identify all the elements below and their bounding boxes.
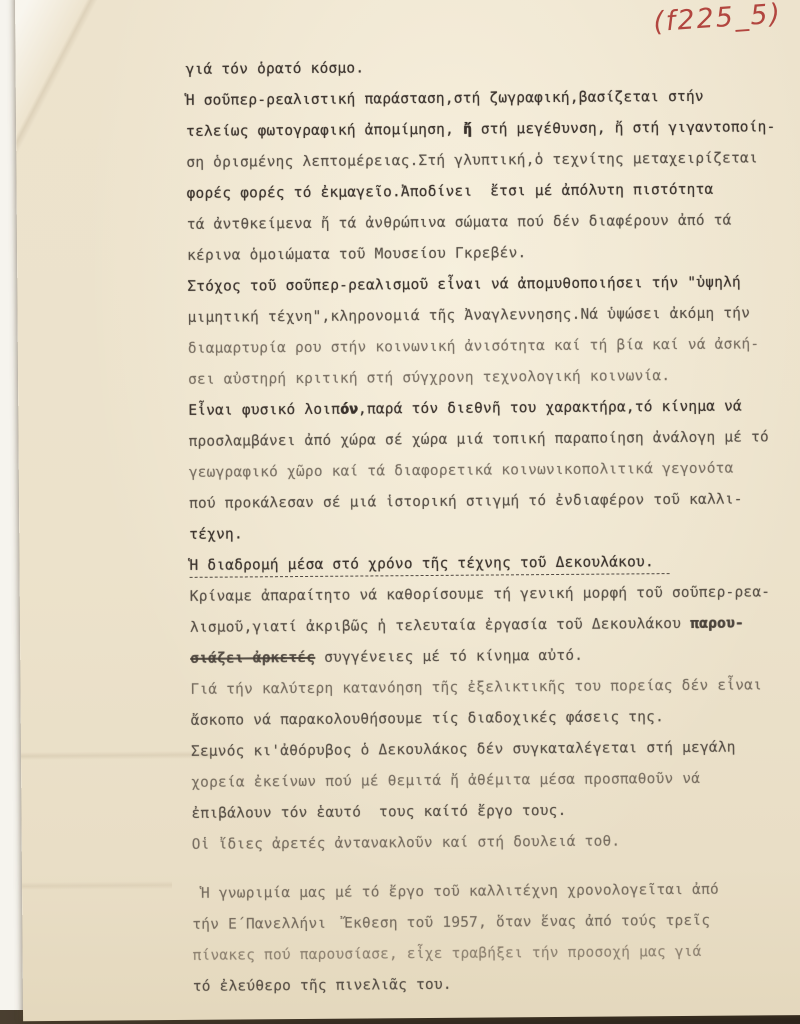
text-segment: Ἡ σοῦπερ-ρεαλιστική παράσταση,στή ζωγραφ…: [186, 89, 704, 109]
text-segment: παρου-: [690, 616, 744, 632]
text-line: διαμαρτυρία ρου στήν κοινωνική ἀνισότητα…: [188, 329, 788, 365]
text-segment: λισμοῦ,γιατί ἀκριβῶς ἡ τελευταία ἐργασία…: [190, 616, 690, 636]
text-line: Στόχος τοῦ σοῦπερ-ρεαλισμοῦ εἶναι νά ἀπο…: [187, 267, 787, 303]
text-segment: κέρινα ὁμοιώματα τοῦ Μουσείου Γκρεβέν.: [187, 245, 526, 264]
text-segment: ,παρά τόν διεθνῆ του χαρακτήρα,τό κίνημα…: [358, 399, 742, 418]
archival-reference-annotation: (f225_5): [653, 0, 784, 38]
paragraph: Εἶναι φυσικό λοιπόν,παρά τόν διεθνῆ του …: [188, 391, 789, 551]
text-segment: γεωγραφικό χῶρο καί τά διαφορετικά κοινω…: [189, 461, 734, 481]
text-line: τά ἀντθκείμενα ἤ τά ἀνθρώπινα σώματα πού…: [187, 205, 787, 241]
paragraph: Κρίναμε ἀπαραίτητο νά καθορίσουμε τή γεν…: [190, 577, 791, 675]
text-line: σιάζει ἀρκετές συγγένειες μέ τό κίνημα α…: [190, 639, 790, 675]
text-segment: όν: [340, 402, 358, 418]
text-segment: διαμαρτυρία ρου στήν κοινωνική ἀνισότητα…: [188, 336, 760, 356]
text-segment: τελείως φωτογραφική ἀπομίμηση,: [186, 122, 463, 140]
text-segment: πίνακες πού παρουσίασε, εἶχε τραβήξει τή…: [193, 944, 702, 964]
text-line: Σεμνός κι'ἀθόρυβος ὁ Δεκουλάκος δέν συγκ…: [191, 732, 791, 768]
text-line: χορεία ἐκείνων πού μέ θεμιτά ἤ ἀθέμιτα μ…: [191, 763, 791, 799]
text-segment: τέχνη.: [189, 526, 243, 542]
scanned-page: (f225_5) γιά τόν ὁρατό κόσμο.Ἡ σοῦπερ-ρε…: [0, 0, 800, 1024]
text-line: Κρίναμε ἀπαραίτητο νά καθορίσουμε τή γεν…: [190, 577, 790, 613]
paper-crease: [22, 881, 172, 890]
text-segment: πού προκάλεσαν σέ μιά ἱστορική στιγμή τό…: [189, 492, 743, 512]
text-line: γιά τόν ὁρατό κόσμο.: [186, 50, 786, 86]
paragraph: γιά τόν ὁρατό κόσμο.: [186, 50, 786, 86]
paper-crease: [21, 751, 211, 760]
text-segment: φορές φορές τό ἐκμαγεῖο.Ἀποδίνει ἔτσι μέ…: [187, 182, 714, 202]
paragraph: Γιά τήν καλύτερη κατανόηση τῆς ἐξελικτικ…: [190, 670, 790, 737]
text-line: Ἡ γνωριμία μας μέ τό ἔργο τοῦ καλλιτέχνη…: [192, 874, 792, 910]
text-line: τέχνη.: [189, 515, 789, 551]
text-segment: γιά τόν ὁρατό κόσμο.: [186, 60, 365, 77]
paragraph: Ἡ γνωριμία μας μέ τό ἔργο τοῦ καλλιτέχνη…: [192, 874, 793, 1003]
text-line: πού προκάλεσαν σέ μιά ἱστορική στιγμή τό…: [189, 484, 789, 520]
paragraph: Στόχος τοῦ σοῦπερ-ρεαλισμοῦ εἶναι νά ἀπο…: [187, 267, 788, 396]
text-line: φορές φορές τό ἐκμαγεῖο.Ἀποδίνει ἔτσι μέ…: [186, 174, 786, 210]
paragraph: Ἡ σοῦπερ-ρεαλιστική παράσταση,στή ζωγραφ…: [186, 81, 787, 272]
paper-sheet: (f225_5) γιά τόν ὁρατό κόσμο.Ἡ σοῦπερ-ρε…: [15, 0, 800, 1021]
text-line: ση ὁρισμένης λεπτομέρειας.Στή γλυπτική,ὁ…: [186, 143, 786, 179]
text-segment: στή μεγέθυνση, ἤ στή γιγαντοποίη-: [472, 119, 776, 137]
text-line: Εἶναι φυσικό λοιπόν,παρά τόν διεθνῆ του …: [188, 391, 788, 427]
text-line: Γιά τήν καλύτερη κατανόηση τῆς ἐξελικτικ…: [190, 670, 790, 706]
text-line: προσλαμβάνει ἀπό χώρα σέ χώρα μιά τοπική…: [188, 422, 788, 458]
text-line: γεωγραφικό χῶρο καί τά διαφορετικά κοινω…: [189, 453, 789, 489]
text-segment: Σεμνός κι'ἀθόρυβος ὁ Δεκουλάκος δέν συγκ…: [191, 740, 736, 760]
text-line: Ἡ σοῦπερ-ρεαλιστική παράσταση,στή ζωγραφ…: [186, 81, 786, 117]
text-line: κέρινα ὁμοιώματα τοῦ Μουσείου Γκρεβέν.: [187, 236, 787, 272]
text-segment: Οἱ ἴδιες ἀρετές ἀντανακλοῦν καί στή δουλ…: [192, 834, 621, 853]
text-segment: τήν Ε΄Πανελλήνι Ἔκθεση τοῦ 1957, ὅταν ἕν…: [192, 913, 710, 933]
text-line: τήν Ε΄Πανελλήνι Ἔκθεση τοῦ 1957, ὅταν ἕν…: [192, 905, 792, 941]
text-segment: ἤ: [463, 122, 472, 138]
struck-out-text: σιάζει ἀρκετές: [190, 650, 315, 667]
document-body: γιά τόν ὁρατό κόσμο.Ἡ σοῦπερ-ρεαλιστική …: [186, 50, 793, 1003]
text-segment: προσλαμβάνει ἀπό χώρα σέ χώρα μιά τοπική…: [188, 429, 769, 450]
section-heading: Ἡ διαδρομή μέσα στό χρόνο τῆς τέχνης τοῦ…: [189, 546, 789, 582]
text-segment: ἄσκοπο νά παρακολουθήσουμε τίς διαδοχικέ…: [191, 709, 664, 729]
text-segment: μιμητική τέχνη",κληρονομιά τῆς Ἀναγλεννη…: [188, 305, 751, 325]
text-line: Οἱ ἴδιες ἀρετές ἀντανακλοῦν καί στή δουλ…: [192, 825, 792, 861]
text-line: λισμοῦ,γιατί ἀκριβῶς ἡ τελευταία ἐργασία…: [190, 608, 790, 644]
text-line: σει αὐστηρή κριτική στή σύγχρονη τεχνολο…: [188, 360, 788, 396]
text-line: μιμητική τέχνη",κληρονομιά τῆς Ἀναγλεννη…: [187, 298, 787, 334]
text-segment: ἐπιβάλουν τόν ἑαυτό τους καίτό ἔργο τους…: [191, 803, 566, 822]
underlined-heading-text: Ἡ διαδρομή μέσα στό χρόνο τῆς τέχνης τοῦ…: [189, 554, 670, 578]
text-segment: Ἡ γνωριμία μας μέ τό ἔργο τοῦ καλλιτέχνη…: [192, 882, 719, 902]
text-line: πίνακες πού παρουσίασε, εἶχε τραβήξει τή…: [192, 936, 792, 972]
text-segment: τό ἐλεύθερο τῆς πινελιᾶς του.: [193, 977, 452, 995]
text-line: ἐπιβάλουν τόν ἑαυτό τους καίτό ἔργο τους…: [191, 794, 791, 830]
text-segment: Κρίναμε ἀπαραίτητο νά καθορίσουμε τή γεν…: [190, 584, 771, 605]
text-segment: χορεία ἐκείνων πού μέ θεμιτά ἤ ἀθέμιτα μ…: [191, 771, 700, 791]
text-line: τό ἐλεύθερο τῆς πινελιᾶς του.: [193, 967, 793, 1003]
text-segment: Ἡ διαδρομή μέσα στό χρόνο τῆς τέχνης τοῦ…: [189, 554, 653, 574]
text-segment: Στόχος τοῦ σοῦπερ-ρεαλισμοῦ εἶναι νά ἀπο…: [187, 275, 741, 295]
text-line: τελείως φωτογραφική ἀπομίμηση, ἤ στή μεγ…: [186, 112, 786, 148]
text-segment: συγγένειες μέ τό κίνημα αὐτό.: [315, 648, 583, 666]
text-segment: ση ὁρισμένης λεπτομέρειας.Στή γλυπτική,ὁ…: [186, 150, 758, 170]
text-segment: τά ἀντθκείμενα ἤ τά ἀνθρώπινα σώματα πού…: [187, 213, 732, 233]
paragraph: Σεμνός κι'ἀθόρυβος ὁ Δεκουλάκος δέν συγκ…: [191, 732, 792, 861]
text-segment: Γιά τήν καλύτερη κατανόηση τῆς ἐξελικτικ…: [190, 677, 762, 697]
text-segment: Εἶναι φυσικό λοιπ: [188, 402, 340, 419]
text-line: ἄσκοπο νά παρακολουθήσουμε τίς διαδοχικέ…: [191, 701, 791, 737]
text-segment: σει αὐστηρή κριτική στή σύγχρονη τεχνολο…: [188, 368, 670, 388]
heading-line: Ἡ διαδρομή μέσα στό χρόνο τῆς τέχνης τοῦ…: [189, 546, 789, 582]
